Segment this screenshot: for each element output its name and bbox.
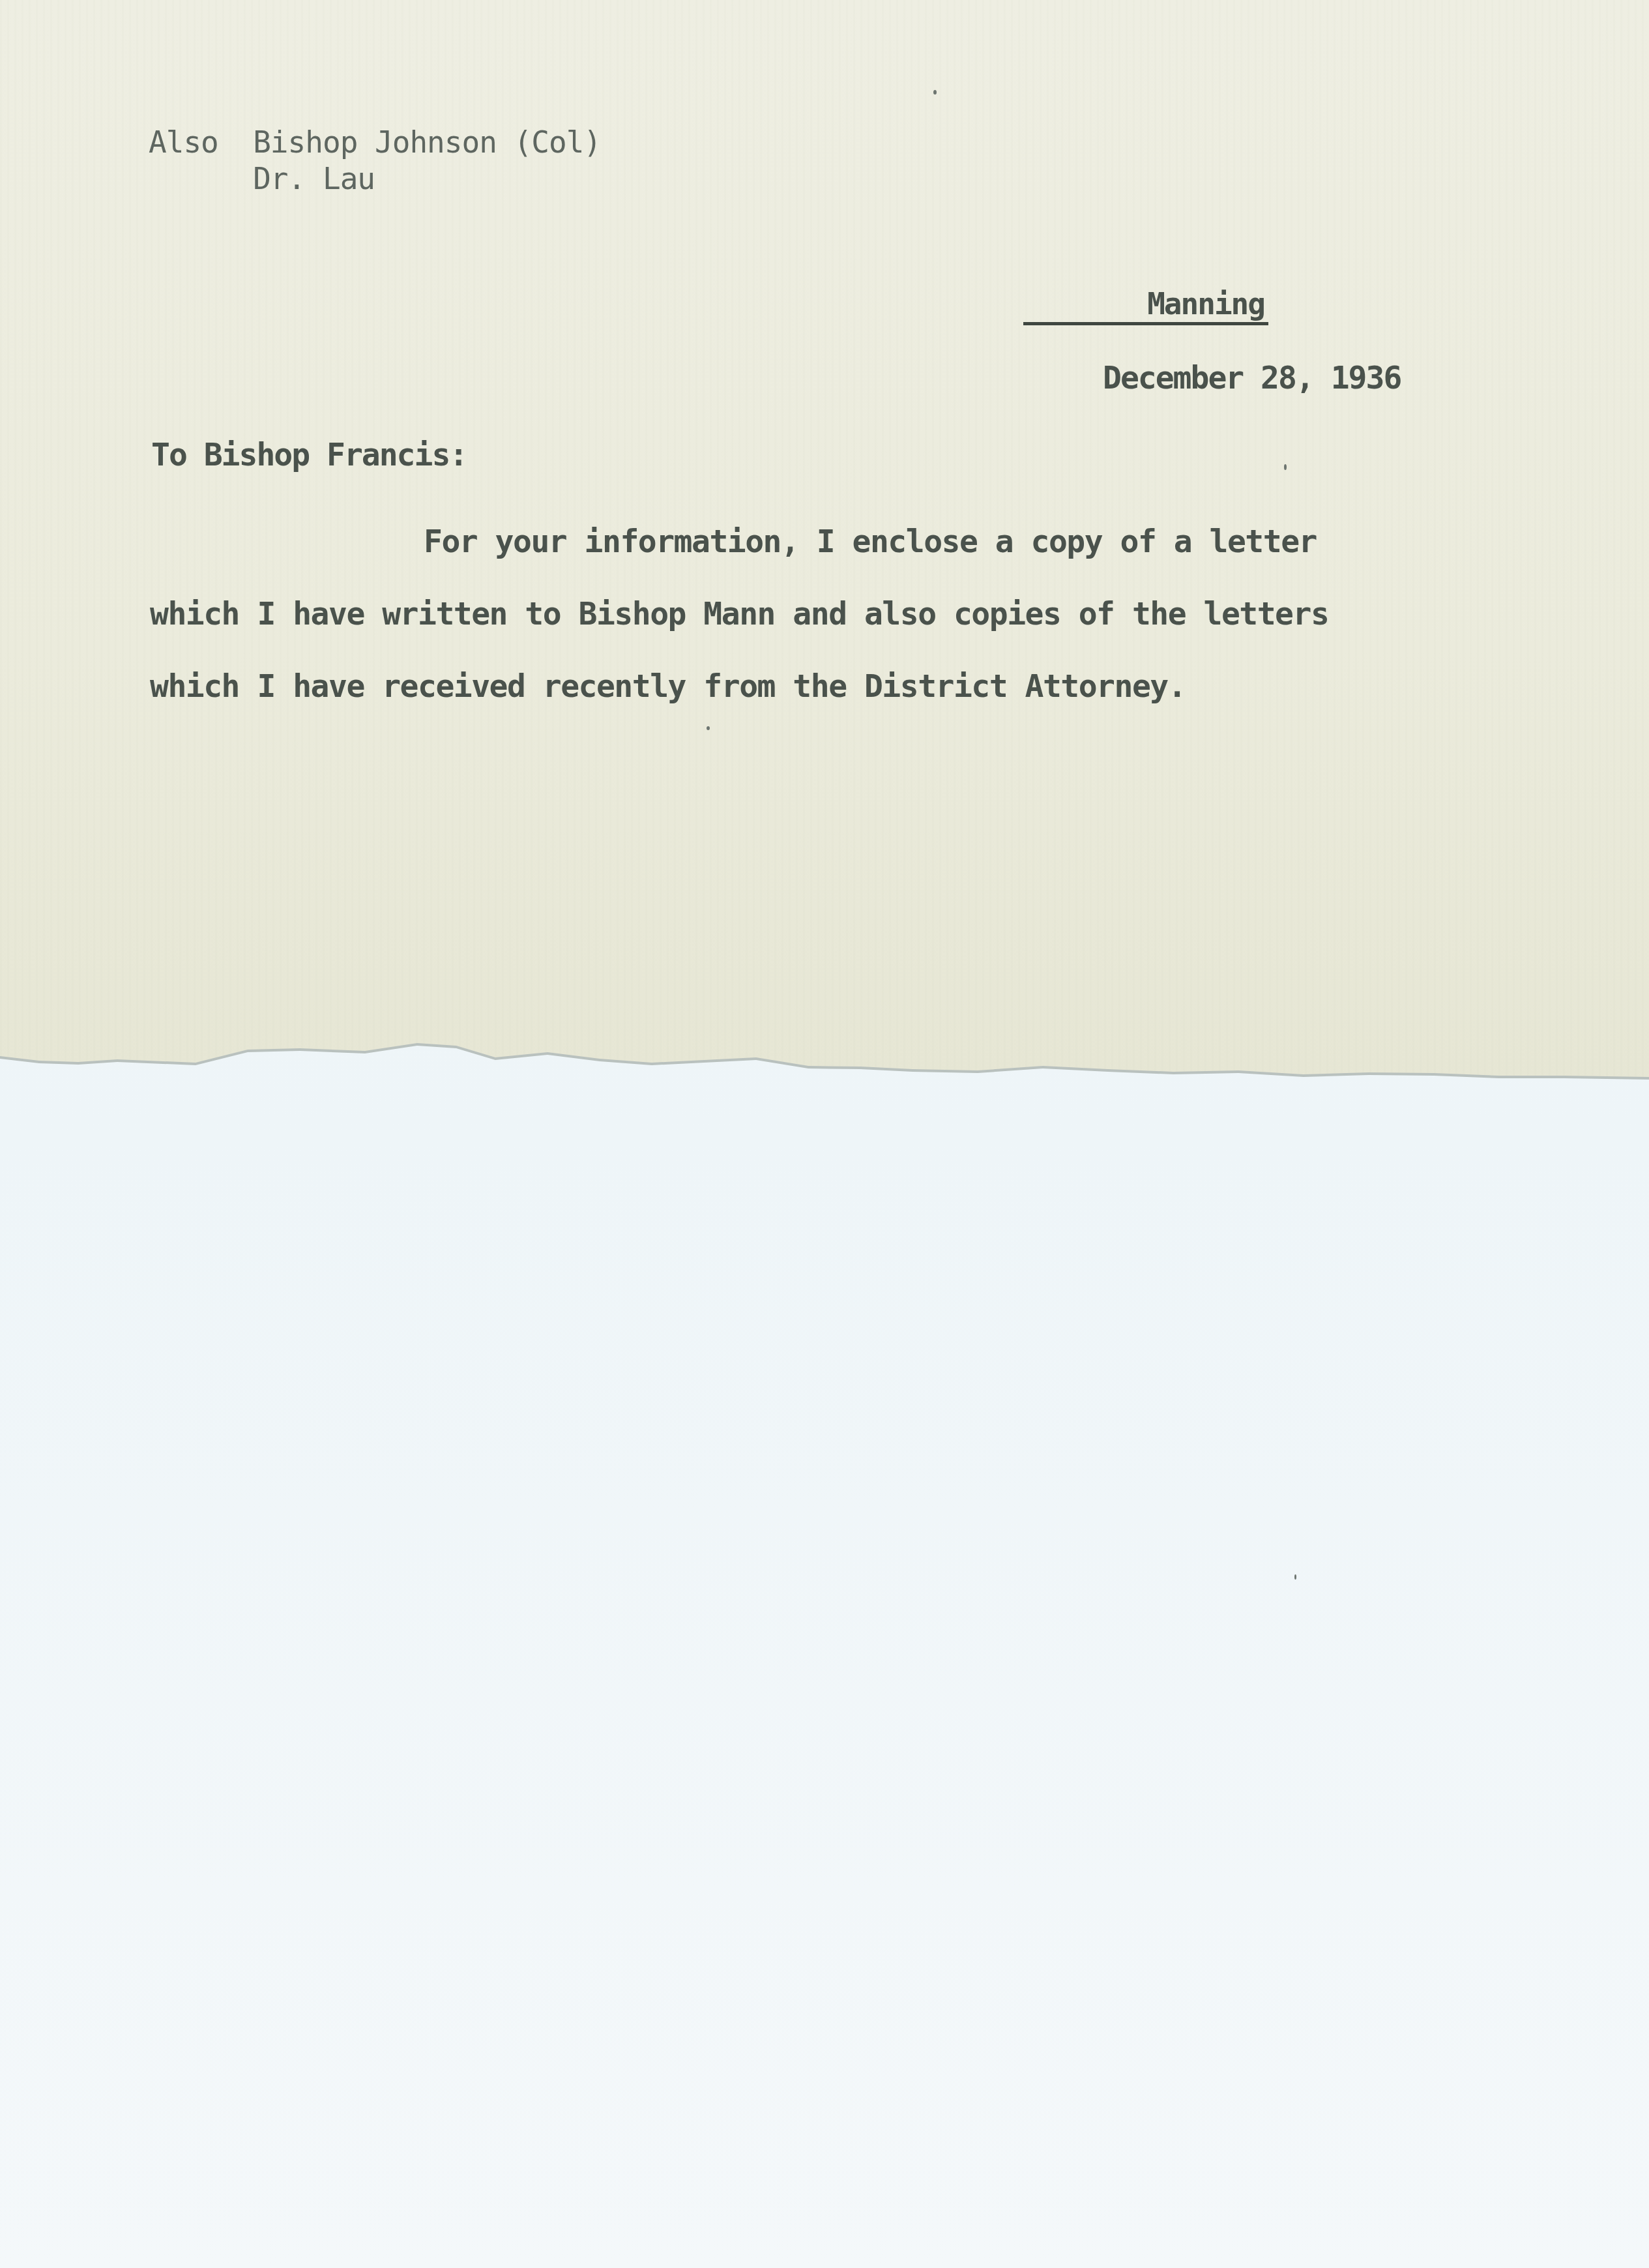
cc-line-1: Also Bishop Johnson (Col) — [149, 124, 601, 160]
file-name-heading: Manning — [1023, 286, 1268, 325]
salutation: To Bishop Francis: — [151, 437, 467, 473]
paper-speck — [707, 726, 710, 730]
body-line: For your information, I enclose a copy o… — [150, 506, 1532, 578]
cc-label: Also — [149, 125, 218, 160]
cc-recipient: Bishop Johnson (Col) — [253, 125, 601, 160]
body-line: which I have received recently from the … — [150, 651, 1532, 723]
letter-body: For your information, I enclose a copy o… — [150, 506, 1532, 723]
letter-date: December 28, 1936 — [1103, 360, 1401, 396]
paper-speck — [933, 90, 937, 95]
cc-recipient: Dr. Lau — [253, 161, 375, 196]
body-line: which I have written to Bishop Mann and … — [150, 578, 1532, 651]
paper-speck — [1294, 1574, 1296, 1580]
carbon-copy-list: Also Bishop Johnson (Col) Dr. Lau — [149, 124, 601, 197]
cc-line-2: Dr. Lau — [149, 160, 601, 197]
paper-speck — [1284, 464, 1287, 470]
